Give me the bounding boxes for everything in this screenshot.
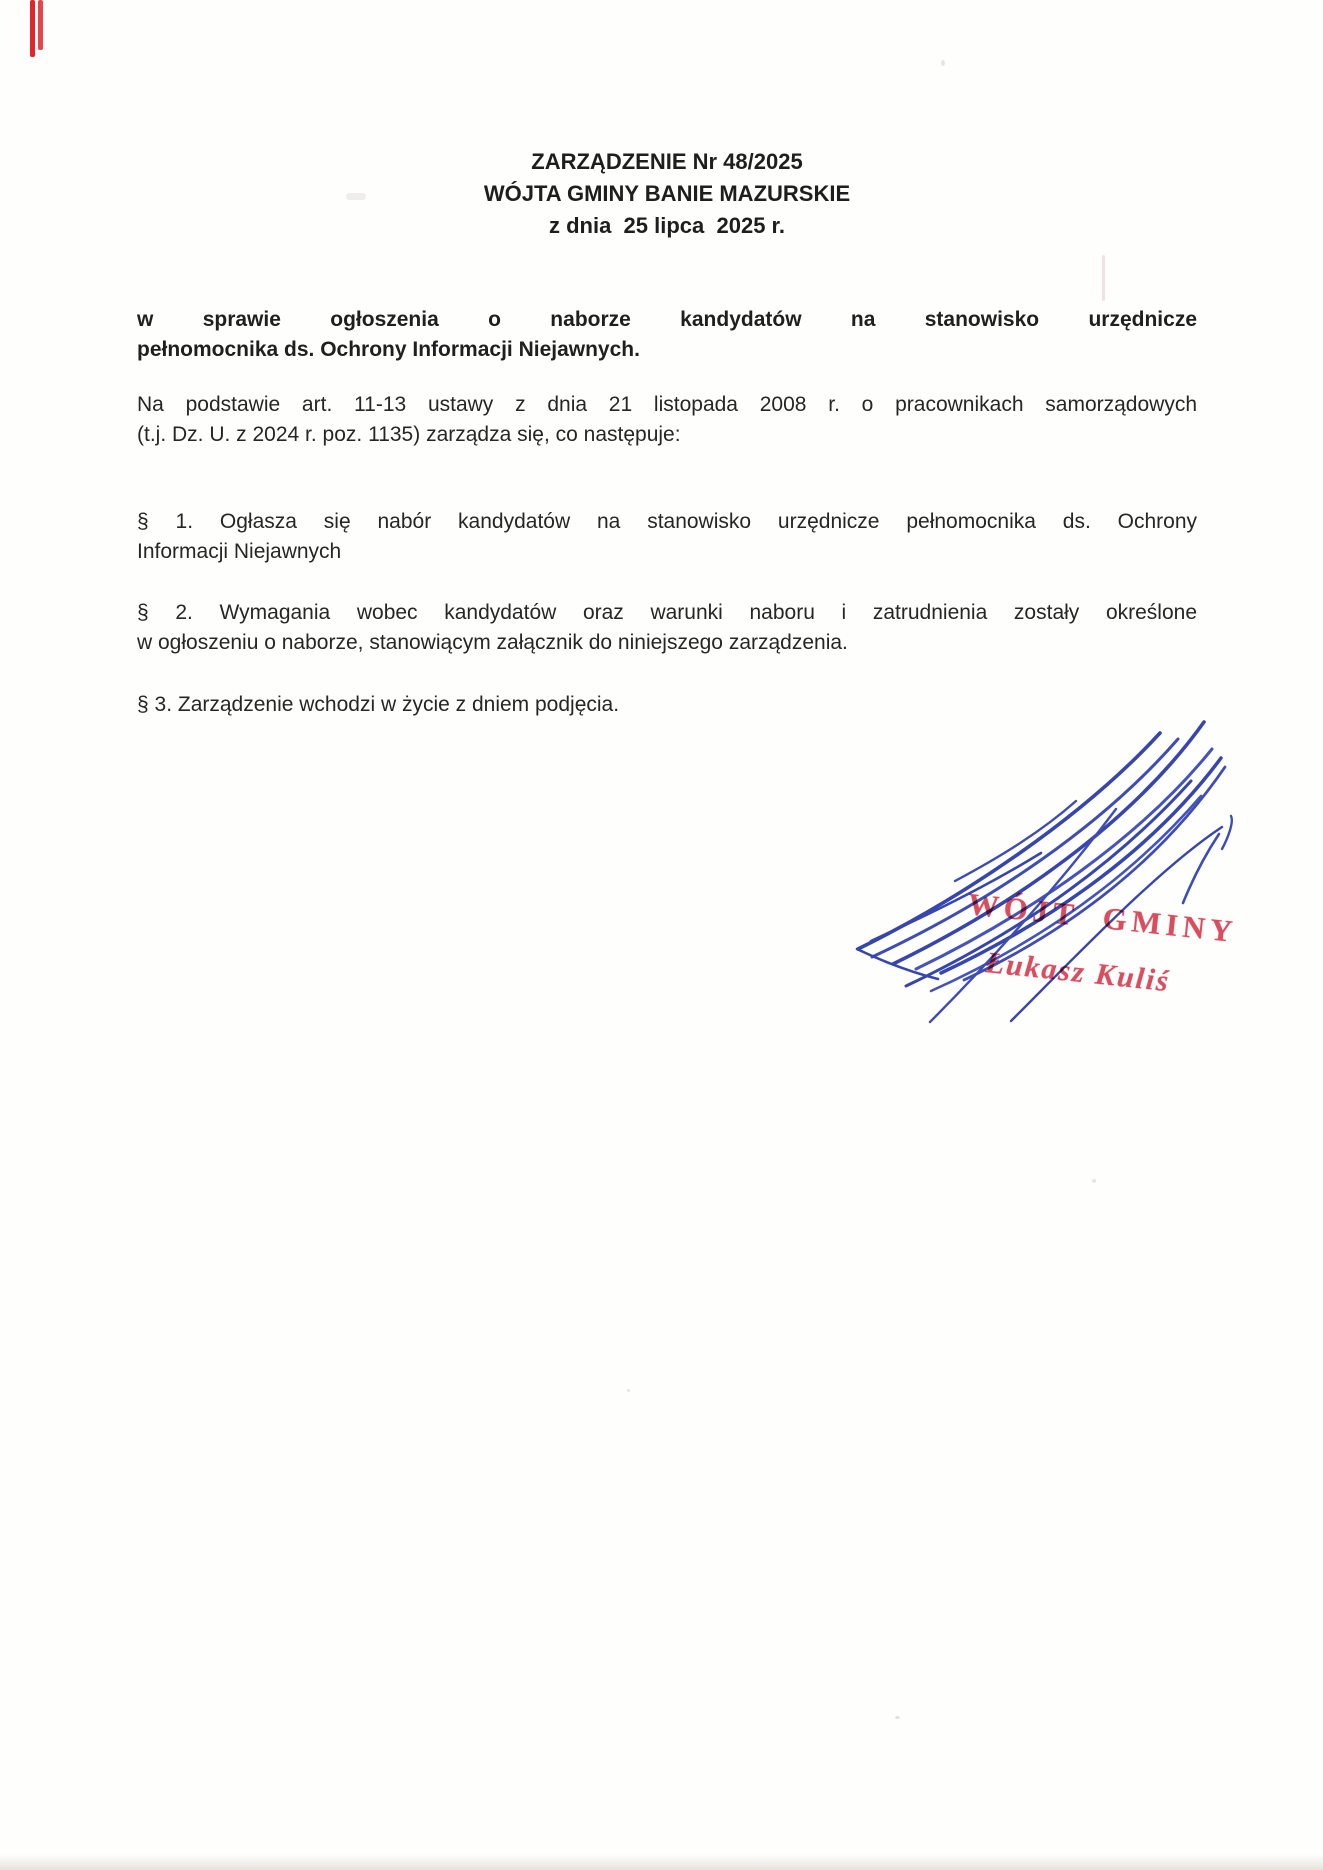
scan-speck	[346, 193, 366, 200]
paragraph-2-line: § 2. Wymagania wobec kandydatów oraz war…	[137, 598, 1197, 628]
red-pen-mark-stroke	[30, 0, 35, 57]
scan-speck	[941, 60, 945, 66]
scan-speck	[895, 1716, 900, 1719]
scan-speck	[627, 1389, 630, 1392]
scan-speck	[1092, 1179, 1096, 1183]
paragraph-3: § 3. Zarządzenie wchodzi w życie z dniem…	[137, 690, 1197, 720]
subject-paragraph: w sprawie ogłoszenia o naborze kandydató…	[137, 305, 1197, 365]
subject-line: pełnomocnika ds. Ochrony Informacji Niej…	[137, 335, 1197, 365]
paragraph-3-line: § 3. Zarządzenie wchodzi w życie z dniem…	[137, 690, 1197, 720]
paragraph-2-line: w ogłoszeniu o naborze, stanowiącym załą…	[137, 628, 1197, 658]
legal-basis-line: (t.j. Dz. U. z 2024 r. poz. 1135) zarząd…	[137, 420, 1197, 450]
title-line-number: ZARZĄDZENIE Nr 48/2025	[137, 146, 1197, 178]
title-line-date: z dnia 25 lipca 2025 r.	[137, 210, 1197, 242]
paragraph-1-line: § 1. Ogłasza się nabór kandydatów na sta…	[137, 507, 1197, 537]
legal-basis-line: Na podstawie art. 11-13 ustawy z dnia 21…	[137, 390, 1197, 420]
scan-speck	[1102, 255, 1105, 301]
paragraph-1-line: Informacji Niejawnych	[137, 537, 1197, 567]
red-pen-mark	[30, 0, 45, 58]
stamp-name-text: Łukasz Kuliś	[984, 946, 1171, 999]
paragraph-1: § 1. Ogłasza się nabór kandydatów na sta…	[137, 507, 1197, 567]
paragraph-2: § 2. Wymagania wobec kandydatów oraz war…	[137, 598, 1197, 658]
stamp-title-text: WÓJT GMINY	[966, 886, 1239, 950]
document-title: ZARZĄDZENIE Nr 48/2025 WÓJTA GMINY BANIE…	[137, 146, 1197, 242]
title-line-authority: WÓJTA GMINY BANIE MAZURSKIE	[137, 178, 1197, 210]
scan-edge-shadow	[0, 1854, 1323, 1870]
red-pen-mark-stroke	[38, 0, 43, 50]
document-page: ZARZĄDZENIE Nr 48/2025 WÓJTA GMINY BANIE…	[0, 0, 1323, 1870]
legal-basis-paragraph: Na podstawie art. 11-13 ustawy z dnia 21…	[137, 390, 1197, 450]
subject-line: w sprawie ogłoszenia o naborze kandydató…	[137, 305, 1197, 335]
